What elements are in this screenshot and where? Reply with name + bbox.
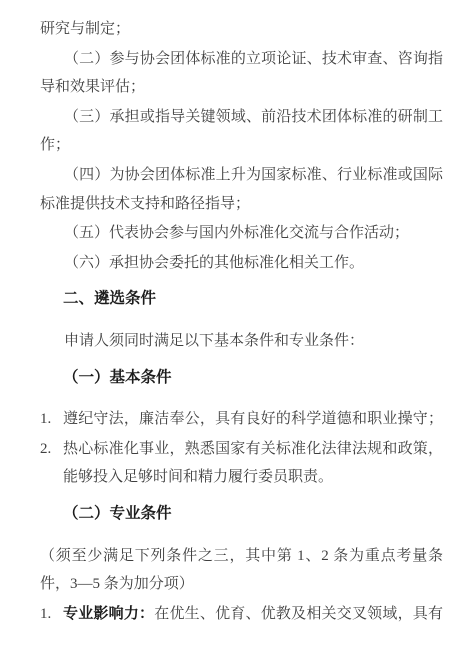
paragraph: （须至少满足下列条件之三，其中第 1、2 条为重点考量条 件，3—5 条为加分项… (40, 542, 443, 599)
bold-term: 专业影响力： (63, 605, 154, 622)
document-page: 研究与制定； （二）参与协会团体标准的立项论证、技术审查、咨询指 导和效果评估；… (0, 0, 468, 663)
paragraph: 申请人须同时满足以下基本条件和专业条件： (40, 327, 443, 356)
paragraph: （五）代表协会参与国内外标准化交流与合作活动； (40, 219, 443, 248)
text-line: （五）代表协会参与国内外标准化交流与合作活动； (40, 219, 443, 248)
text-line: 遵纪守法，廉洁奉公，具有良好的科学道德和职业操守； (63, 405, 443, 434)
section-heading: 二、遴选条件 (40, 285, 443, 314)
subsection-heading: （一）基本条件 (40, 364, 443, 393)
text-line: 热心标准化事业，熟悉国家有关标准化法律法规和政策， (63, 435, 443, 464)
text-segment: 在优生、优育、优教及相关交叉领域，具有 (154, 606, 443, 622)
text-line: 标准提供技术支持和路径指导； (40, 190, 443, 219)
text-line: 研究与制定； (40, 15, 443, 44)
text-line: 申请人须同时满足以下基本条件和专业条件： (40, 327, 443, 356)
list-number: 2. (40, 435, 63, 492)
paragraph: （四）为协会团体标准上升为国家标准、行业标准或国际 标准提供技术支持和路径指导； (40, 161, 443, 218)
text-line: （三）承担或指导关键领域、前沿技术团体标准的研制工 (40, 103, 443, 132)
text-line: 作； (40, 131, 443, 160)
paragraph: （六）承担协会委托的其他标准化相关工作。 (40, 249, 443, 278)
paragraph: （二）参与协会团体标准的立项论证、技术审查、咨询指 导和效果评估； (40, 45, 443, 102)
paragraph: 研究与制定； (40, 15, 443, 44)
list-number: 1. (40, 600, 63, 629)
text-line: 能够投入足够时间和精力履行委员职责。 (63, 463, 443, 492)
text-line: 导和效果评估； (40, 73, 443, 102)
text-line: （四）为协会团体标准上升为国家标准、行业标准或国际 (40, 161, 443, 190)
subsection-heading: （二）专业条件 (40, 500, 443, 529)
text-line: 件，3—5 条为加分项） (40, 570, 443, 599)
text-line: （六）承担协会委托的其他标准化相关工作。 (40, 249, 443, 278)
text-line: （须至少满足下列条件之三，其中第 1、2 条为重点考量条 (40, 542, 443, 571)
text-line: 专业影响力：在优生、优育、优教及相关交叉领域，具有 (63, 600, 443, 629)
list-item: 2. 热心标准化事业，熟悉国家有关标准化法律法规和政策， 能够投入足够时间和精力… (40, 435, 443, 492)
text-line: （二）参与协会团体标准的立项论证、技术审查、咨询指 (40, 45, 443, 74)
paragraph: （三）承担或指导关键领域、前沿技术团体标准的研制工 作； (40, 103, 443, 160)
list-item: 1. 专业影响力：在优生、优育、优教及相关交叉领域，具有 (40, 600, 443, 629)
list-item: 1. 遵纪守法，廉洁奉公，具有良好的科学道德和职业操守； (40, 405, 443, 434)
list-number: 1. (40, 405, 63, 434)
